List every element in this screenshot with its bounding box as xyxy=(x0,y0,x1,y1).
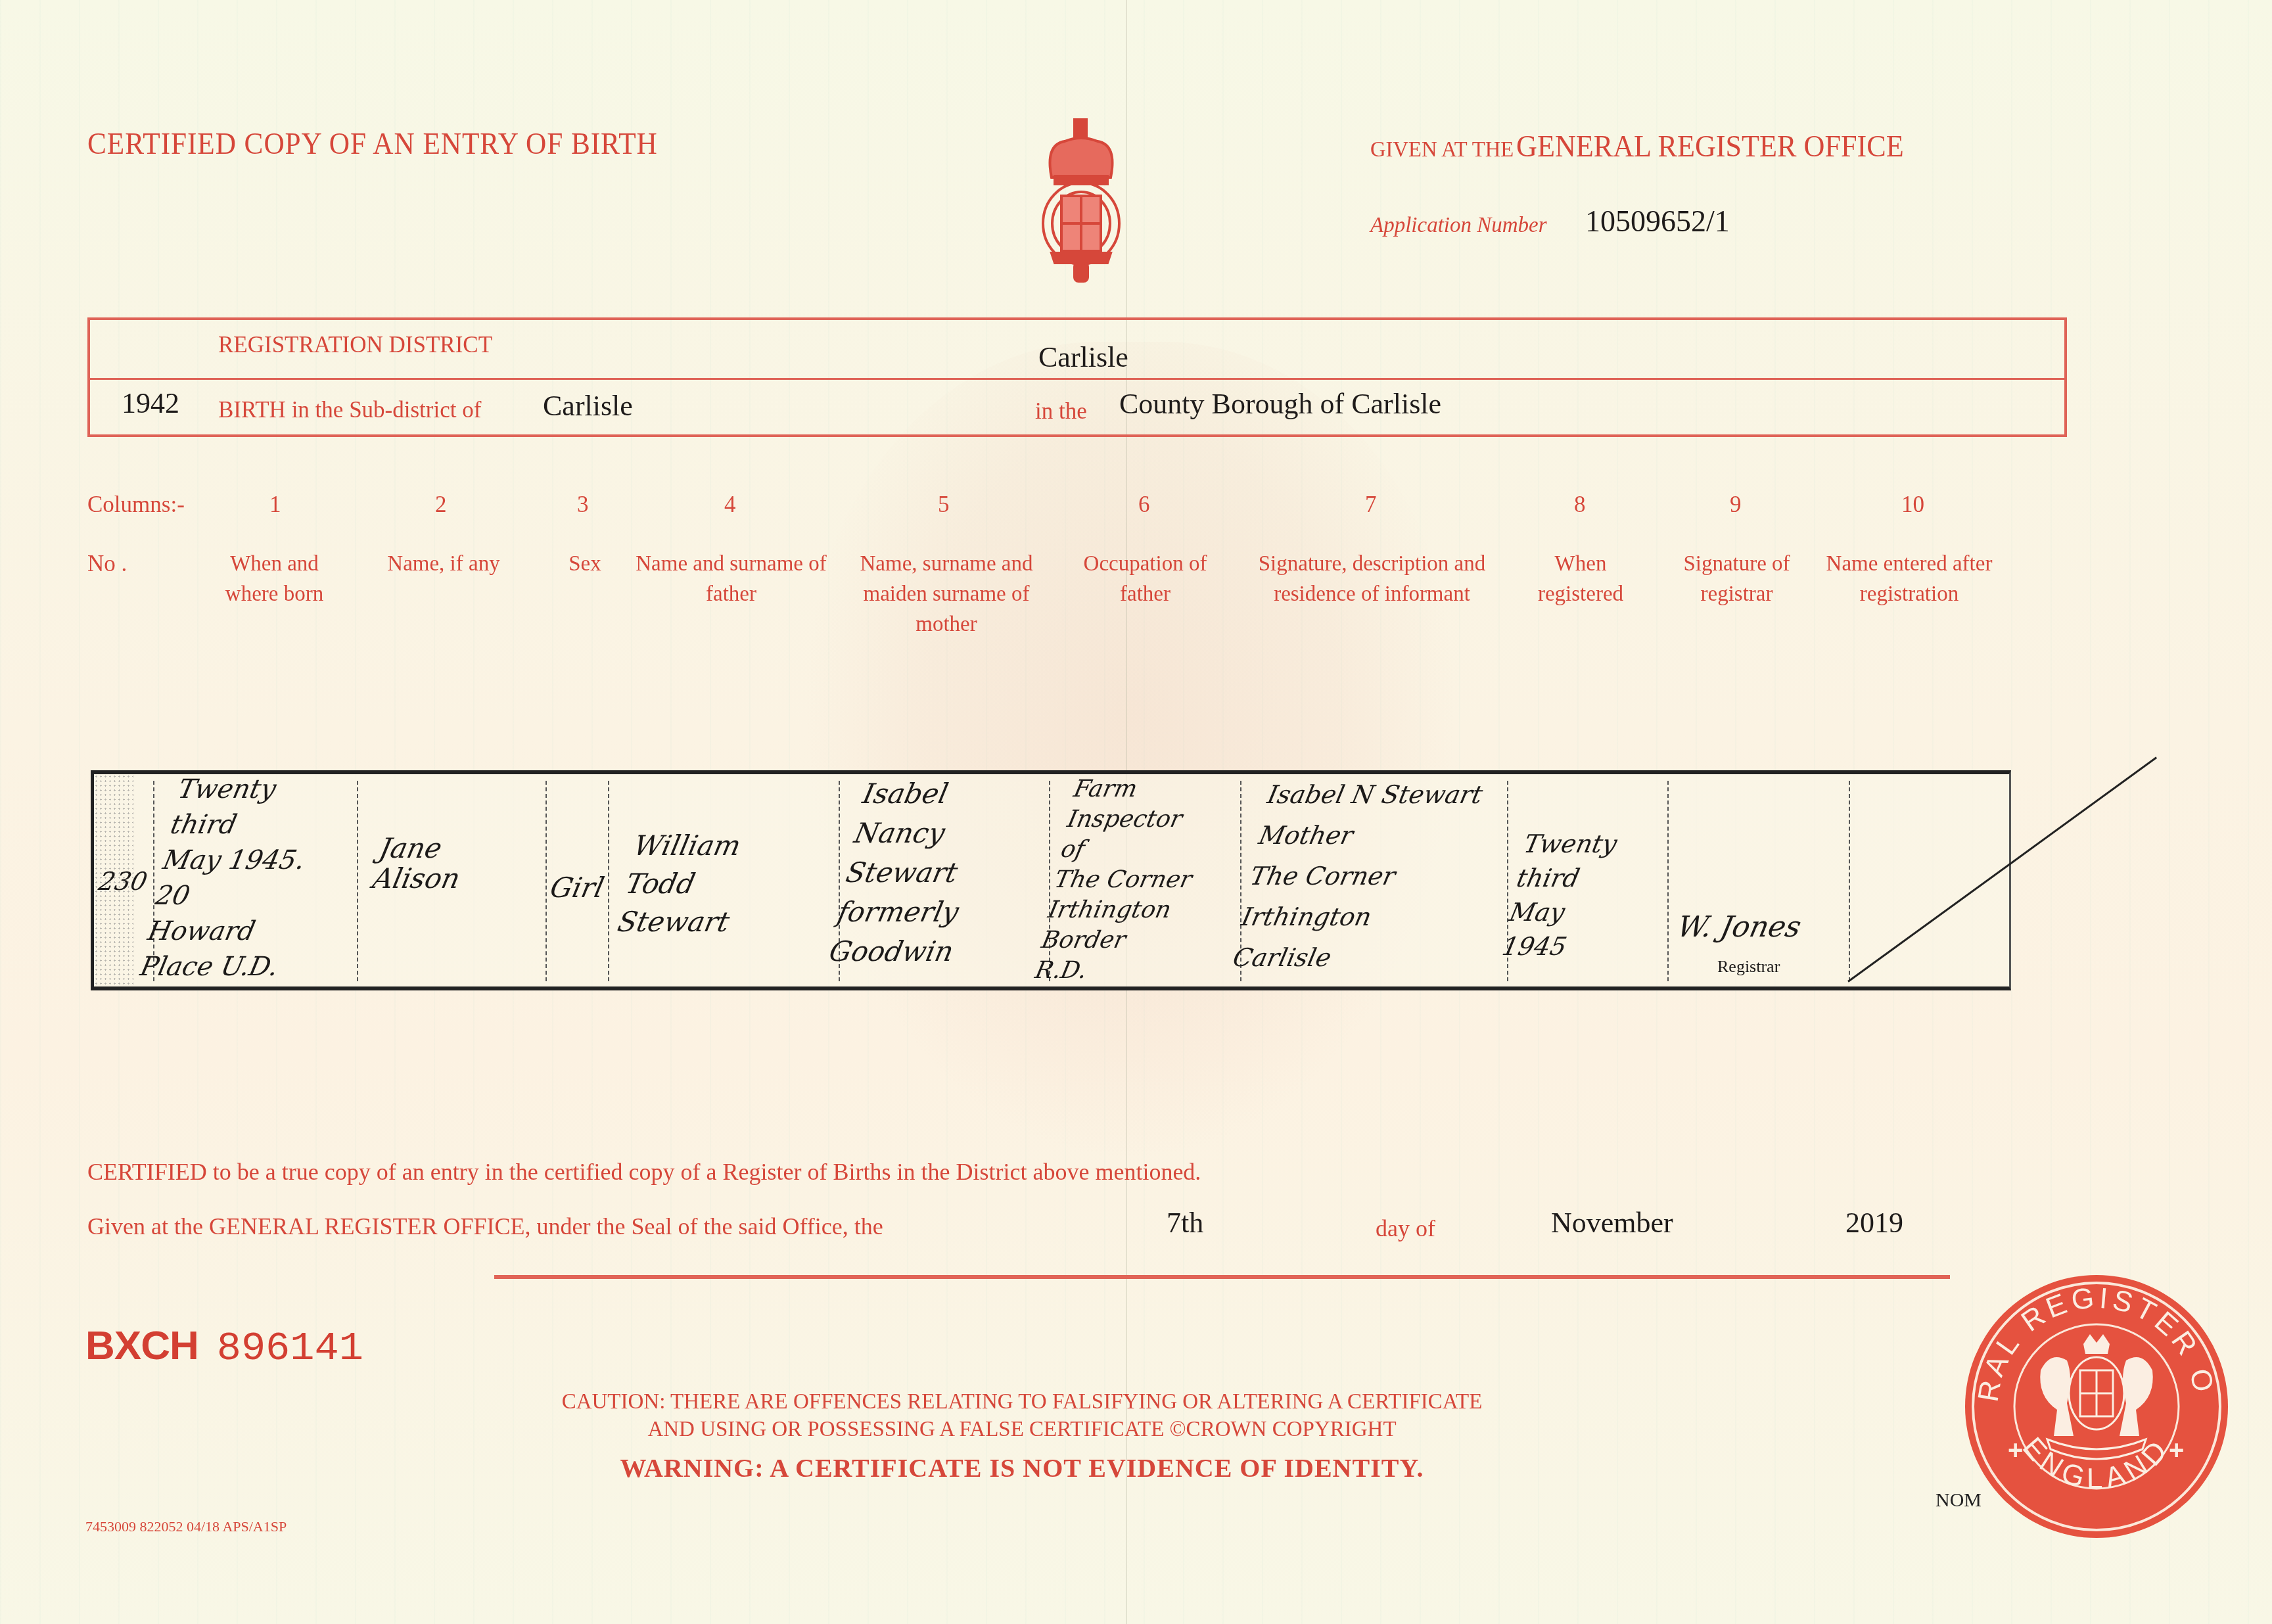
columns-label: Columns:- xyxy=(87,492,185,518)
entry-registrar-signature: W. Jones xyxy=(1675,912,1803,942)
entry-father: William Todd Stewart xyxy=(614,827,749,941)
royal-crest-icon xyxy=(1038,118,1124,283)
caution-line-1: CAUTION: THERE ARE OFFENCES RELATING TO … xyxy=(513,1388,1531,1416)
column-header-2: Name, if any xyxy=(368,549,519,579)
entry-registrar-caption: Registrar xyxy=(1717,952,1780,982)
subdistrict-value: Carlisle xyxy=(543,389,633,423)
column-divider xyxy=(357,781,358,981)
entry-number: 230 xyxy=(96,866,150,896)
column-header-4: Name and surname of father xyxy=(631,549,831,609)
county-value: County Borough of Carlisle xyxy=(1119,387,1441,421)
column-number-2: 2 xyxy=(435,492,447,518)
royal-arms-watermark xyxy=(802,342,1459,1163)
column-header-10: Name entered after registration xyxy=(1817,549,2001,609)
column-header-9: Signature of registrar xyxy=(1659,549,1814,609)
column-number-10: 10 xyxy=(1901,492,1924,518)
caution-notice: CAUTION: THERE ARE OFFENCES RELATING TO … xyxy=(513,1388,1531,1443)
general-register-office-seal: GENERAL REGISTER OFFICE ENGLAND + + xyxy=(1962,1272,2231,1541)
column-header-8: When registered xyxy=(1512,549,1650,609)
serial-prefix: BXCH xyxy=(85,1323,198,1368)
entry-when-where-born: Twenty third May 1945. 20 Howard Place U… xyxy=(137,772,324,985)
caution-line-2: AND USING OR POSSESSING A FALSE CERTIFIC… xyxy=(513,1416,1531,1443)
form-code: 7453009 822052 04/18 APS/A1SP xyxy=(85,1518,287,1535)
column-divider xyxy=(545,781,547,981)
in-the-label: in the xyxy=(1035,398,1087,425)
certification-month: November xyxy=(1551,1206,1673,1240)
certified-statement: CERTIFIED to be a true copy of an entry … xyxy=(87,1158,1201,1186)
entry-name: Jane Alison xyxy=(370,833,469,894)
subdistrict-label: BIRTH in the Sub-district of xyxy=(218,397,481,423)
column-header-1: When and where born xyxy=(207,549,342,609)
registration-year: 1942 xyxy=(122,386,179,420)
signature-rule xyxy=(494,1275,1950,1279)
entry-occupation: Farm Inspector of The Corner Irthington … xyxy=(1032,774,1215,986)
registration-district-label: REGISTRATION DISTRICT xyxy=(218,332,492,358)
column-number-7: 7 xyxy=(1365,492,1377,518)
warning-notice: WARNING: A CERTIFICATE IS NOT EVIDENCE O… xyxy=(513,1452,1531,1483)
column-number-3: 3 xyxy=(577,492,589,518)
column-number-8: 8 xyxy=(1574,492,1586,518)
column-divider xyxy=(1849,781,1850,981)
seal-cross-left-icon: + xyxy=(2008,1436,2023,1465)
column-header-6: Occupation of father xyxy=(1061,549,1229,609)
given-at-statement: Given at the GENERAL REGISTER OFFICE, un… xyxy=(87,1213,883,1240)
day-of-label: day of xyxy=(1376,1215,1435,1242)
register-entry-box: 230 Twenty third May 1945. 20 Howard Pla… xyxy=(91,770,2011,990)
given-at-heading: GIVEN AT THE GENERAL REGISTER OFFICE xyxy=(1370,129,1904,164)
column-number-6: 6 xyxy=(1138,492,1150,518)
column-number-5: 5 xyxy=(938,492,950,518)
column-no-header: No . xyxy=(87,551,127,577)
entry-mother: Isabel Nancy Stewart formerly Goodwin xyxy=(825,774,990,971)
column-header-5: Name, surname and maiden surname of moth… xyxy=(841,549,1052,639)
entry-sex: Girl xyxy=(547,873,607,903)
column-number-1: 1 xyxy=(269,492,281,518)
column-header-7: Signature, description and residence of … xyxy=(1239,549,1505,609)
column-divider xyxy=(608,781,609,981)
certificate-serial: BXCH896141 xyxy=(85,1322,363,1372)
certification-day: 7th xyxy=(1167,1206,1203,1240)
given-at-office: GENERAL REGISTER OFFICE xyxy=(1516,129,1904,163)
certification-year: 2019 xyxy=(1845,1206,1903,1240)
entry-when-registered: Twenty third May 1945 xyxy=(1499,827,1620,963)
certificate-title: CERTIFIED COPY OF AN ENTRY OF BIRTH xyxy=(87,126,658,161)
given-at-prefix: GIVEN AT THE xyxy=(1370,137,1514,162)
seal-cross-right-icon: + xyxy=(2169,1436,2184,1465)
entry-informant: Isabel N Stewart Mother The Corner Irthi… xyxy=(1229,774,1487,978)
registration-box-divider xyxy=(90,378,2064,380)
application-number-value: 10509652/1 xyxy=(1585,204,1730,239)
column-number-4: 4 xyxy=(724,492,736,518)
certified-prefix: CERTIFIED xyxy=(87,1159,207,1185)
column-number-9: 9 xyxy=(1730,492,1742,518)
certified-text: to be a true copy of an entry in the cer… xyxy=(207,1159,1201,1185)
column-divider xyxy=(1667,781,1669,981)
registration-district-value: Carlisle xyxy=(1038,340,1128,374)
column-header-3: Sex xyxy=(559,549,611,579)
application-number-label: Application Number xyxy=(1370,214,1547,238)
serial-number: 896141 xyxy=(217,1325,363,1372)
